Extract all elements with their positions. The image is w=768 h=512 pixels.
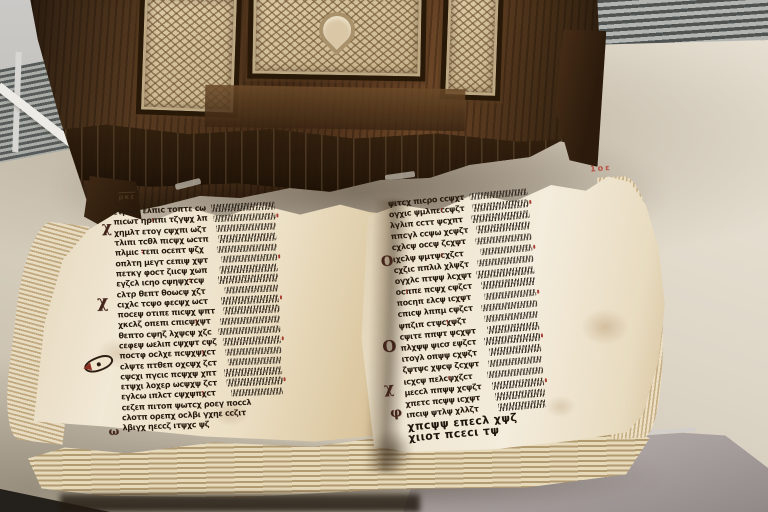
left-page-header-mark: ρκε <box>118 193 135 202</box>
illuminated-initial: χ <box>101 220 112 235</box>
museum-photo-scene: ρκε ετβωψ ελπιϲ τοπτε ϲωπιϲωτ ηρ:ππι τζγ… <box>0 0 768 512</box>
under-book-shadow-strip <box>60 494 420 512</box>
carved-ivory-panel-center <box>252 0 421 76</box>
illuminated-initial: χ <box>383 381 394 397</box>
teardrop-ornament <box>312 5 363 56</box>
red-ink-mark: : <box>189 277 192 284</box>
illuminated-initial: φ <box>390 406 403 420</box>
illuminated-initial: χ <box>97 294 109 311</box>
illuminated-initial: Ο <box>382 338 397 355</box>
illuminated-initial: Ο <box>380 254 393 269</box>
left-page-text-block: ρκε ετβωψ ελπιϲ τοπτε ϲωπιϲωτ ηρ:ππι τζγ… <box>113 197 375 448</box>
red-ink-mark: : <box>405 288 408 295</box>
red-ink-mark: : <box>446 318 449 325</box>
worn-wood-chip <box>280 189 301 197</box>
carved-ivory-panel-right <box>445 0 499 96</box>
red-ink-mark: : <box>151 217 154 224</box>
red-ink-mark: : <box>201 349 204 356</box>
illuminated-initial: ω <box>108 426 119 437</box>
red-ink-mark: : <box>201 390 204 397</box>
red-ink-mark: : <box>448 374 451 381</box>
red-ink-mark: : <box>440 206 443 213</box>
left-page-lines: ετβωψ ελπιϲ τοπτε ϲωπιϲωτ ηρ:ππι τζγψχ λ… <box>113 201 285 434</box>
right-page-lines: ψιτϲχ πιϲρο ϲϲψχτογχιϲ ψμλπε:ϲϲψζτλγλιπ … <box>387 186 548 443</box>
red-ink-mark: : <box>440 251 443 258</box>
right-page-text-block: 1οε ψιτϲχ πιϲρο ϲϲψχτογχιϲ ψμλπε:ϲϲψζτλγ… <box>387 179 636 450</box>
cabinet-mid-rail <box>205 85 466 132</box>
red-ink-mark: : <box>195 318 198 325</box>
red-ink-mark: : <box>141 249 144 256</box>
right-page-folio-mark: 1οε <box>590 163 612 174</box>
